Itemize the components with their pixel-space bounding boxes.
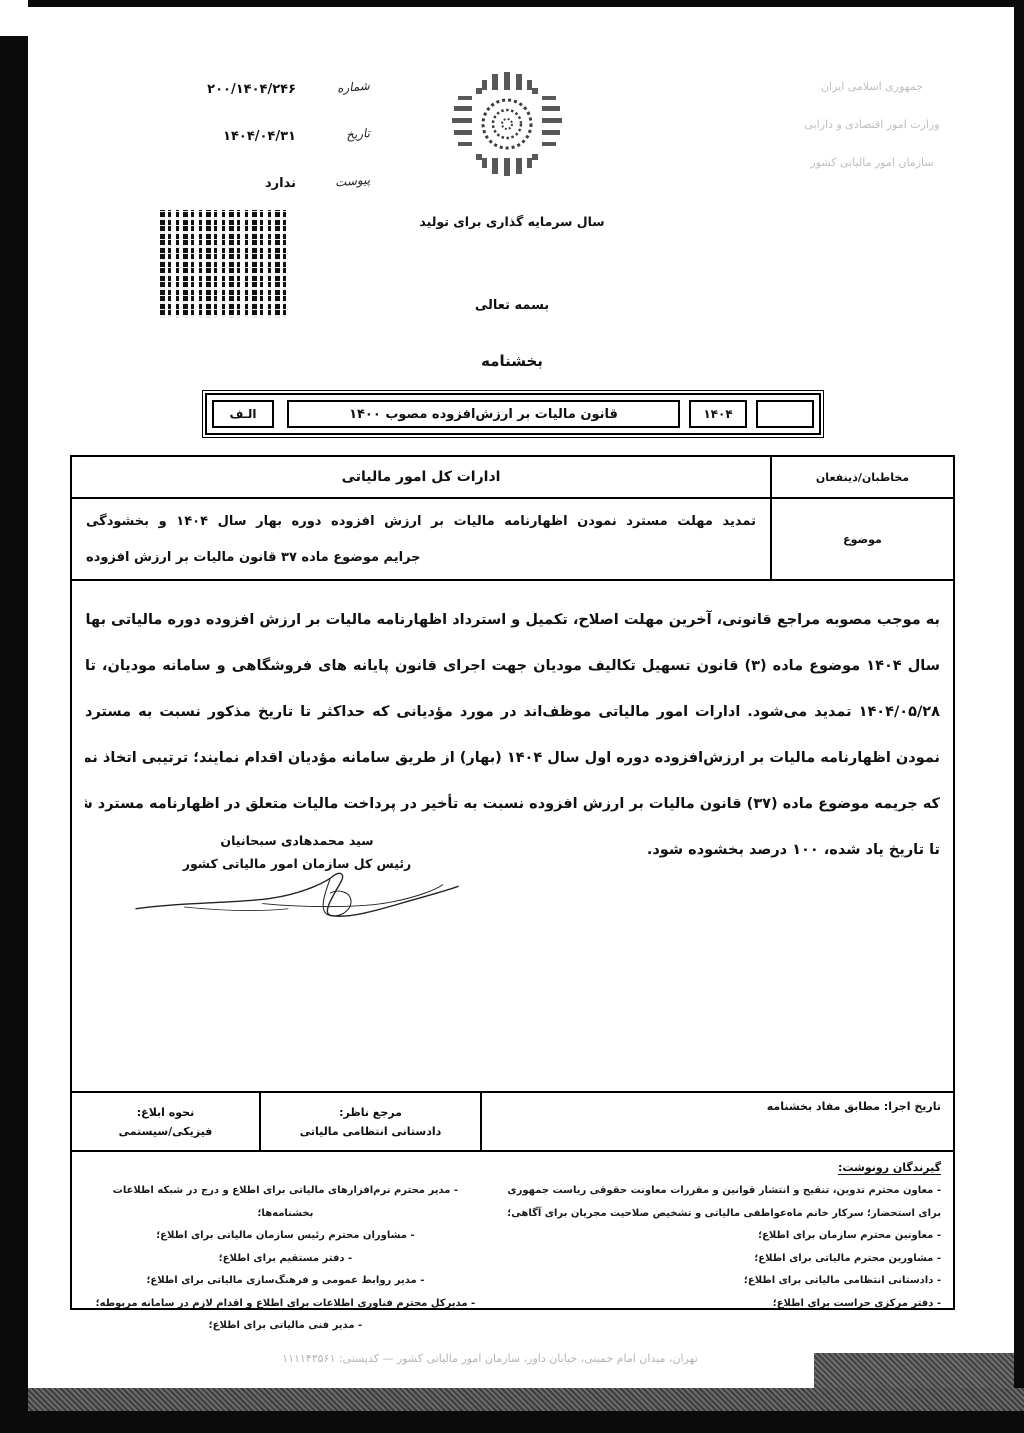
- body-line-4: نمودن اظهارنامه مالیات بر ارزش‌افزوده دو…: [85, 735, 940, 781]
- body-line-1: به موجب مصوبه مراجع قانونی، آخرین مهلت ا…: [85, 597, 940, 643]
- recipient-item: - دفتر مرکزی حراست برای اطلاع؛: [487, 1293, 941, 1316]
- recipient-item: - مدیر روابط عمومی و فرهنگ‌سازی مالیاتی …: [84, 1270, 487, 1293]
- audience-value-cell: ادارات کل امور مالیاتی: [72, 457, 770, 497]
- tax-administration-emblem-icon: [452, 72, 562, 176]
- document-type-title: بخشنامه: [362, 352, 662, 370]
- subject-line-2: جرایم موضوع ماده ۳۷ قانون مالیات بر ارزش…: [86, 541, 756, 575]
- scan-edge-left: [0, 36, 28, 1433]
- classification-empty-box: [756, 400, 814, 428]
- signatory-name: سید محمدهادی سبحانیان: [132, 829, 462, 853]
- letterhead-block: جمهوری اسلامی ایران وزارت امور اقتصادی و…: [752, 80, 992, 194]
- delivery-value: فیزیکی/سیستمی: [119, 1122, 213, 1141]
- signature-block: سید محمدهادی سبحانیان رئیس کل سازمان امو…: [132, 829, 462, 931]
- letter-meta-block: شماره ۲۰۰/۱۴۰۴/۲۴۶ تاریخ ۱۴۰۴/۰۴/۳۱ پیوس…: [112, 76, 370, 216]
- letter-number-value: ۲۰۰/۱۴۰۴/۲۴۶: [207, 82, 296, 97]
- classification-bar: الـف قانون مالیات بر ارزش‌افزوده مصوب ۱۴…: [205, 393, 821, 435]
- delivery-label: نحوه ابلاغ:: [137, 1103, 194, 1122]
- recipient-item: - مشاوران محترم رئیس سازمان مالیاتی برای…: [84, 1225, 487, 1248]
- scanned-tax-circular-page: { "meta": { "number_label": "شماره", "nu…: [0, 0, 1024, 1433]
- classification-letter-box: الـف: [212, 400, 274, 428]
- letterhead-line-1: جمهوری اسلامی ایران: [752, 80, 992, 94]
- supervisor-value: دادستانی انتظامی مالیاتی: [300, 1122, 442, 1141]
- subject-value-cell: تمدید مهلت مسترد نمودن اظهارنامه مالیات …: [72, 499, 770, 579]
- classification-year-box: ۱۴۰۴: [689, 400, 747, 428]
- recipient-item: - معاونین محترم سازمان برای اطلاع؛: [487, 1225, 941, 1248]
- body-line-2: سال ۱۴۰۴ موضوع ماده (۳) قانون تسهیل تکال…: [85, 643, 940, 689]
- year-slogan: سال سرمایه گذاری برای تولید: [362, 214, 662, 229]
- letter-date-row: تاریخ ۱۴۰۴/۰۴/۳۱: [112, 123, 370, 170]
- scan-edge-bottom: [0, 1411, 1024, 1433]
- body-line-3: ۱۴۰۴/۰۵/۲۸ تمدید می‌شود. ادارات امور مال…: [85, 689, 940, 735]
- basmala-text: بسمه تعالی: [362, 298, 662, 313]
- recipient-item: - مدیر فنی مالیاتی برای اطلاع؛: [84, 1315, 487, 1338]
- subject-row: موضوع تمدید مهلت مسترد نمودن اظهارنامه م…: [72, 499, 953, 581]
- audience-label-cell: مخاطبان/ذینفعان: [770, 457, 953, 497]
- recipients-columns: - معاون محترم تدوین، تنقیح و انتشار قوان…: [84, 1180, 941, 1338]
- recipient-item: - دفتر مستقیم برای اطلاع؛: [84, 1248, 487, 1271]
- recipient-item: - مدیر محترم نرم‌افزارهای مالیاتی برای ا…: [84, 1180, 487, 1225]
- supervisor-label: مرجع ناظر:: [339, 1103, 402, 1122]
- letter-date-value: ۱۴۰۴/۰۴/۳۱: [223, 129, 296, 144]
- circular-main-table: مخاطبان/ذینفعان ادارات کل امور مالیاتی م…: [70, 455, 955, 1310]
- signature-scribble: [132, 861, 462, 927]
- letterhead-line-2: وزارت امور اقتصادی و دارایی: [752, 118, 992, 132]
- letterhead-line-3: سازمان امور مالیاتی کشور: [752, 156, 992, 170]
- delivery-method-cell: نحوه ابلاغ: فیزیکی/سیستمی: [72, 1093, 259, 1150]
- qr-code: [160, 210, 286, 318]
- letter-date-label: تاریخ: [346, 126, 371, 142]
- execution-date-cell: تاریخ اجرا: مطابق مفاد بخشنامه: [482, 1093, 953, 1150]
- scan-edge-right: [1014, 0, 1024, 1433]
- recipients-column-left: - مدیر محترم نرم‌افزارهای مالیاتی برای ا…: [84, 1180, 487, 1338]
- recipients-column-right: - معاون محترم تدوین، تنقیح و انتشار قوان…: [487, 1180, 941, 1338]
- classification-law-title-box: قانون مالیات بر ارزش‌افزوده مصوب ۱۴۰۰: [287, 400, 680, 428]
- subject-line-1: تمدید مهلت مسترد نمودن اظهارنامه مالیات …: [86, 503, 756, 541]
- recipients-header: گیرندگان رونوشت:: [84, 1158, 941, 1178]
- letter-attachment-label: پیوست: [334, 173, 370, 190]
- body-line-5: که جریمه موضوع ماده (۳۷) قانون مالیات بر…: [85, 781, 940, 827]
- letter-number-label: شماره: [337, 79, 371, 96]
- emblem-graphic: [452, 72, 562, 176]
- supervisor-cell: مرجع ناظر: دادستانی انتظامی مالیاتی: [259, 1093, 482, 1150]
- recipients-section: گیرندگان رونوشت: - معاون محترم تدوین، تن…: [72, 1152, 953, 1338]
- recipient-item: - معاون محترم تدوین، تنقیح و انتشار قوان…: [487, 1180, 941, 1225]
- recipient-item: - دادستانی انتظامی مالیاتی برای اطلاع؛: [487, 1270, 941, 1293]
- execution-strip-row: تاریخ اجرا: مطابق مفاد بخشنامه مرجع ناظر…: [72, 1093, 953, 1152]
- letter-attachment-value: ندارد: [265, 176, 296, 191]
- audience-row: مخاطبان/ذینفعان ادارات کل امور مالیاتی: [72, 457, 953, 499]
- body-cell: به موجب مصوبه مراجع قانونی، آخرین مهلت ا…: [72, 581, 953, 1093]
- scan-edge-top: [28, 0, 1024, 7]
- recipient-item: - مدیرکل محترم فناوری اطلاعات برای اطلاع…: [84, 1293, 487, 1316]
- letter-number-row: شماره ۲۰۰/۱۴۰۴/۲۴۶: [112, 76, 370, 123]
- recipient-item: - مشاورین محترم مالیاتی برای اطلاع؛: [487, 1248, 941, 1271]
- subject-label-cell: موضوع: [770, 499, 953, 579]
- scan-noise-band: [28, 1388, 1024, 1411]
- footer-address: تهران، میدان امام خمینی، خیابان داور، سا…: [110, 1352, 870, 1365]
